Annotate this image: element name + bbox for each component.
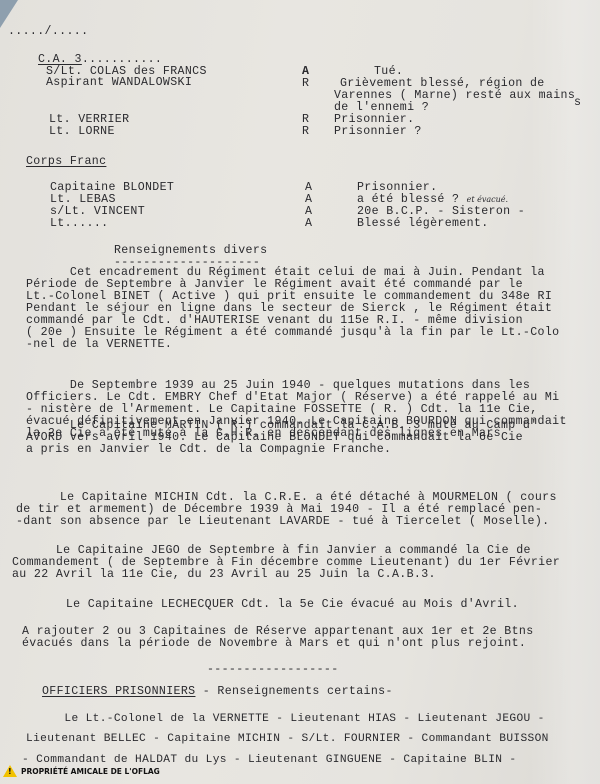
prisonniers-line-0: Le Lt.-Colonel de la VERNETTE - Lieutena… xyxy=(22,713,545,725)
officiers-prisonniers-heading: OFFICIERS PRISONNIERS - Renseignements c… xyxy=(42,686,393,698)
page-corner-fold xyxy=(0,0,18,28)
warning-icon: ! xyxy=(3,765,17,777)
ca3-status-3: Prisonnier ? xyxy=(334,126,422,138)
prisonniers-line-1: Lieutenant BELLEC - Capitaine MICHIN - S… xyxy=(26,733,549,745)
footer-watermark: ! PROPRIÉTÉ AMICALE DE L'OFLAG xyxy=(3,765,160,777)
section-corps-franc-title: Corps Franc xyxy=(26,156,106,168)
ca3-name-1: Aspirant WANDALOWSKI xyxy=(46,77,192,89)
page-marker: ...../..... xyxy=(8,26,88,38)
ca3-code-1: R xyxy=(302,78,309,90)
cf-code-3: A xyxy=(305,218,312,230)
ca3-name-3: Lt. LORNE xyxy=(49,126,115,138)
paragraph-6-line: évacués dans la période de Novembre à Ma… xyxy=(22,638,526,650)
ca3-status-1-correction: s xyxy=(574,97,581,109)
cf-name-3: Lt...... xyxy=(50,218,108,230)
officiers-prisonniers-subtitle: - Renseignements certains- xyxy=(195,685,392,698)
paragraph-5-line: Le Capitaine LECHECQUER Cdt. la 5e Cie é… xyxy=(22,599,519,611)
ca3-code-3: R xyxy=(302,126,309,138)
officiers-prisonniers-title: OFFICIERS PRISONNIERS xyxy=(42,685,195,698)
paragraph-4-line: au 22 Avril la 11e Cie, du 23 Avril au 2… xyxy=(12,569,436,581)
cf-status-3: Blessé légèrement. xyxy=(357,218,489,230)
paragraph-2-line: a pris en Janvier le Cdt. de la Compagni… xyxy=(26,444,391,456)
paragraph-3-line: -dant son absence par le Lieutenant LAVA… xyxy=(16,516,549,528)
section-separator: ------------------ xyxy=(207,664,339,676)
cf-status-1-handwritten-note: et évacué. xyxy=(467,195,508,204)
footer-text: PROPRIÉTÉ AMICALE DE L'OFLAG xyxy=(21,767,160,776)
paragraph-0-line: -nel de la VERNETTE. xyxy=(26,339,172,351)
